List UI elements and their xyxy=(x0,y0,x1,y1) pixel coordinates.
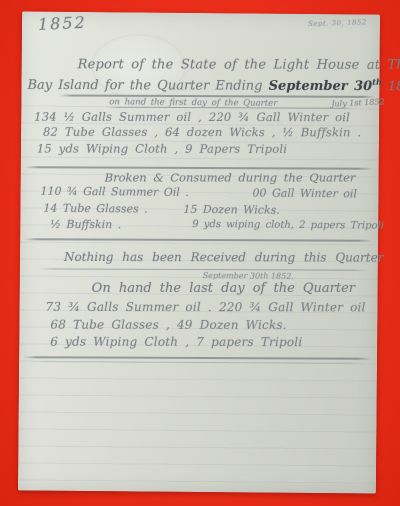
title-year: 1852. xyxy=(382,79,400,94)
broken-item-2-right: 15 Dozen Wicks. xyxy=(183,203,280,217)
subheading-underline xyxy=(105,107,353,109)
onhand-last-heading: On hand the last day of the Quarter xyxy=(92,281,355,296)
broken-item-row-2: 14 Tube Glasses . 15 Dozen Wicks. xyxy=(20,201,372,219)
divider-received-section xyxy=(24,238,372,242)
broken-item-row-1: 110 ¾ Gall Summer Oil . 00 Gall Winter o… xyxy=(20,184,372,202)
broken-consumed-heading: Broken & Consumed during the Quarter xyxy=(105,170,356,184)
broken-item-1-left: 110 ¾ Gall Summer Oil . xyxy=(40,185,188,199)
title-line2-text: Bay Island for the Quarter Ending xyxy=(27,78,268,94)
broken-item-1-right: 00 Gall Winter oil xyxy=(252,186,357,200)
divider-bottom-faint xyxy=(29,361,365,363)
onhand-last-item-1: 73 ¾ Galls Summer oil . 220 ¾ Gall Winte… xyxy=(46,300,366,315)
broken-item-2-left: 14 Tube Glasses . xyxy=(43,202,147,216)
lastday-date-note: September 30th 1852. xyxy=(203,271,294,281)
broken-item-3-right: 9 yds wiping cloth, 2 papers Tripoli xyxy=(192,219,384,232)
title-date-emphasis: September 30 xyxy=(269,79,373,94)
corner-date-note: Sept. 30, 1852 xyxy=(308,18,367,28)
broken-item-3-left: ½ Buffskin . xyxy=(50,218,121,232)
onhand-first-item-2: 82 Tube Glasses , 64 dozen Wicks , ½ Buf… xyxy=(43,125,361,140)
nothing-received-note: Nothing has been Received during this Qu… xyxy=(64,250,384,265)
onhand-last-item-3: 6 yds Wiping Cloth , 7 papers Tripoli xyxy=(50,335,302,349)
onhand-last-item-2: 68 Tube Glasses , 49 Dozen Wicks. xyxy=(50,318,286,332)
corner-year-note: 1852 xyxy=(38,13,88,34)
title-date-ordinal: th xyxy=(372,77,382,87)
report-title-line-2: Bay Island for the Quarter Ending Septem… xyxy=(27,76,400,95)
document-paper: 1852 Sept. 30, 1852 Report of the State … xyxy=(18,11,380,493)
divider-broken-section xyxy=(25,166,373,170)
photo-red-mat: 1852 Sept. 30, 1852 Report of the State … xyxy=(0,0,400,506)
report-title-line-1: Report of the State of the Light House a… xyxy=(78,57,400,73)
broken-item-row-3: ½ Buffskin . 9 yds wiping cloth, 2 paper… xyxy=(20,217,372,235)
onhand-first-item-1: 134 ½ Galls Summer oil , 220 ¾ Gall Wint… xyxy=(34,110,350,125)
divider-bottom xyxy=(23,356,371,360)
onhand-first-item-3: 15 yds Wiping Cloth , 9 Papers Tripoli xyxy=(37,141,287,155)
